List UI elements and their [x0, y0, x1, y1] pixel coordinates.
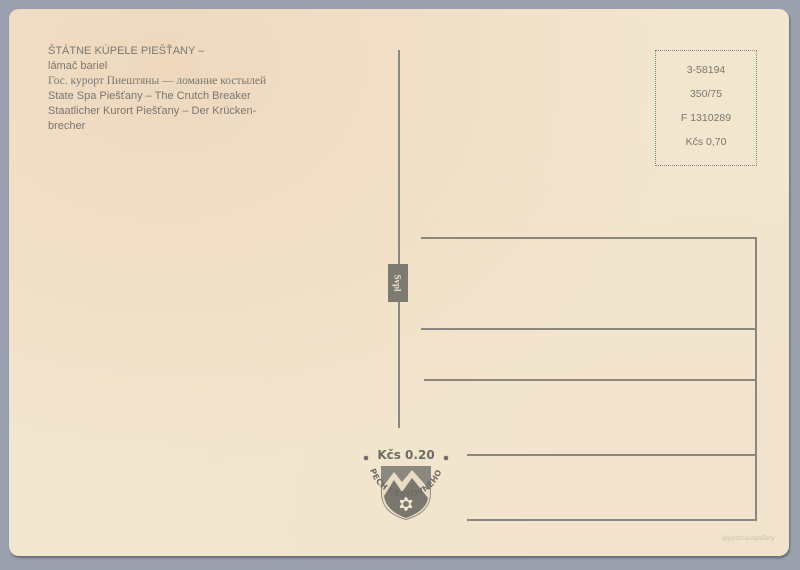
caption-english: State Spa Piešťany – The Crutch Breaker	[48, 89, 266, 104]
center-divider	[398, 50, 400, 428]
caption-block: ŠTÁTNE KÚPELE PIEŠŤANY – lámač bariel Го…	[48, 44, 266, 134]
caption-title: ŠTÁTNE KÚPELE PIEŠŤANY –	[48, 44, 266, 59]
caption-russian: Гос. курорт Пиештяны –– ломание костылей	[48, 74, 266, 89]
address-line-3	[424, 379, 757, 381]
mountain-edelweiss-icon: V PROSPECH CESTOVNÉHO RUCHU	[356, 448, 456, 534]
publisher-logo: Svpl	[388, 264, 408, 302]
address-right-border	[755, 237, 757, 521]
address-line-5	[467, 519, 757, 521]
address-line-1	[421, 237, 757, 239]
watermark: @postcardgallery	[722, 535, 775, 542]
address-line-4	[467, 454, 757, 456]
caption-german: Staatlicher Kurort Piešťany – Der Krücke…	[48, 104, 266, 119]
stamp-price: Kčs 0,70	[656, 130, 756, 154]
stamp-code: 3-58194	[656, 58, 756, 82]
stamp-series: 350/75	[656, 82, 756, 106]
postage-emblem: Kčs 0.20 V PROSPECH CESTOVNÉHO RUCHU	[356, 448, 456, 534]
address-line-2	[421, 328, 757, 330]
caption-german-cont: brecher	[48, 119, 266, 134]
stamp-box: 3-58194 350/75 F 1310289 Kčs 0,70	[655, 50, 757, 166]
stamp-serial: F 1310289	[656, 106, 756, 130]
publisher-logo-text: Svpl	[393, 274, 403, 291]
caption-slovak: lámač bariel	[48, 59, 266, 74]
